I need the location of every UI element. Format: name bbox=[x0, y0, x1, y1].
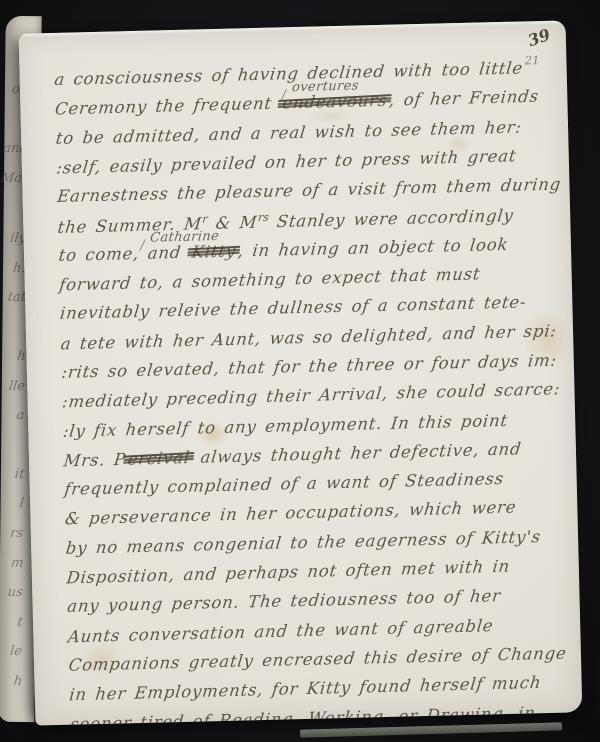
facing-page-text-fragment: rs bbox=[9, 526, 24, 541]
handwritten-text: a consciousness of having declined with … bbox=[53, 58, 524, 89]
struck-out-text: Kitty bbox=[189, 241, 239, 261]
page-number-ink: 39 bbox=[525, 25, 552, 50]
handwritten-text: to come, and bbox=[58, 242, 191, 264]
facing-page-text-fragment: tat bbox=[7, 290, 27, 305]
facing-page-text-fragment: h bbox=[16, 349, 26, 364]
manuscript-text: a consciousness of having declined with … bbox=[54, 56, 583, 725]
handwritten-text: Mrs. P bbox=[63, 450, 127, 471]
book-bottom-edge bbox=[300, 722, 562, 737]
facing-page-text-fragment: us bbox=[7, 585, 24, 600]
struck-out-text: endeavours bbox=[279, 91, 390, 113]
facing-page-text-fragment: a bbox=[16, 408, 26, 423]
facing-page-text-fragment: t bbox=[16, 615, 23, 630]
facing-page-text-fragment: le bbox=[9, 644, 23, 659]
handwritten-text: , of her Freinds bbox=[388, 87, 540, 110]
photo-background: ouandMatilyh.tathlleaitlrsmustleh 39 21 … bbox=[0, 0, 600, 742]
facing-page-text-fragment: it bbox=[13, 467, 24, 482]
facing-page-text-fragment: m bbox=[10, 556, 24, 571]
facing-page-text-fragment: lle bbox=[8, 379, 26, 394]
facing-page-text-fragment: l bbox=[18, 496, 24, 511]
facing-page-text-fragment: h bbox=[12, 674, 22, 689]
struck-out-text: ercival bbox=[125, 448, 193, 469]
manuscript-page: 39 21 a consciousness of having declined… bbox=[19, 20, 583, 725]
handwritten-text: Stanley were accordingly bbox=[267, 206, 514, 232]
